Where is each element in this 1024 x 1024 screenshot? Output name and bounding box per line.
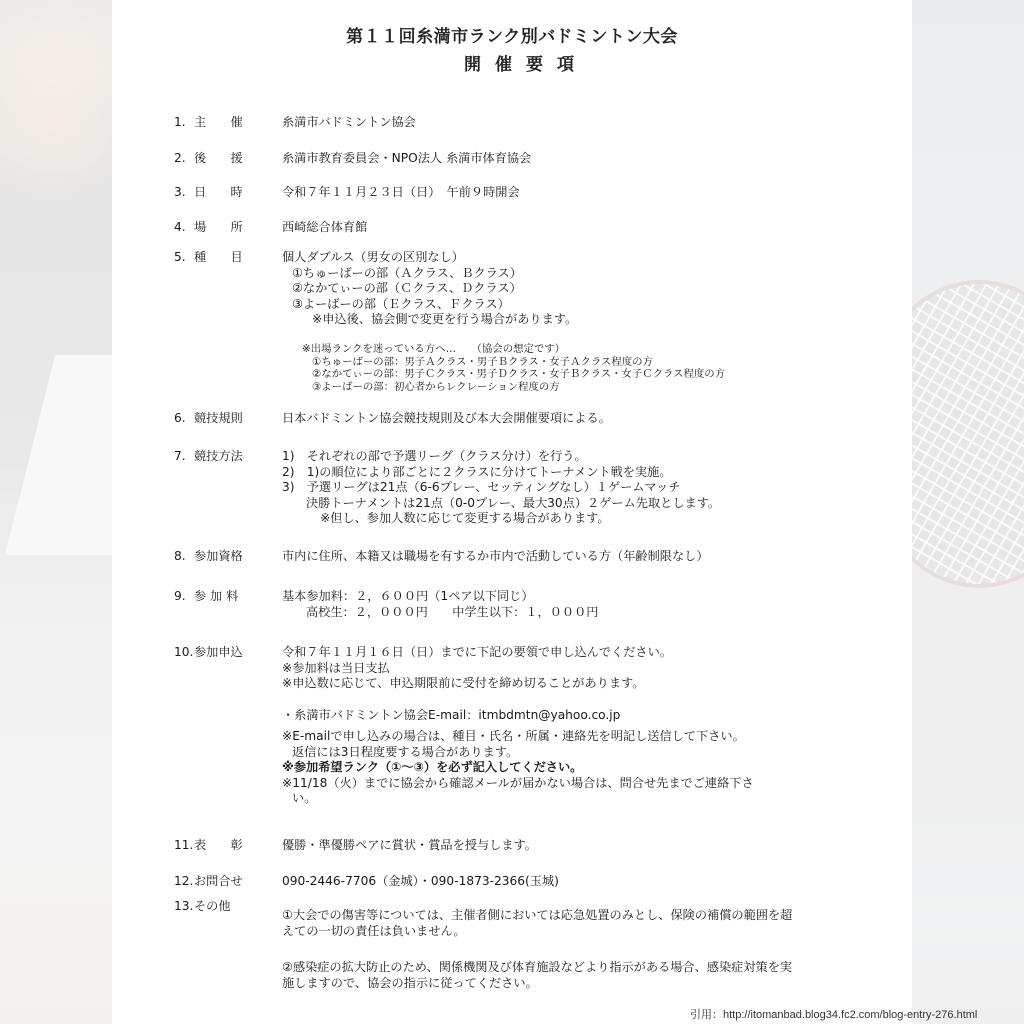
section-label: 種 目 [194, 250, 284, 266]
section-text: 1) それぞれの部で予選リーグ（クラス分け）を行う。 [282, 449, 720, 465]
section-text: 糸満市教育委員会・NPO法人 糸満市体育協会 [282, 151, 531, 167]
section-label: 後 援 [194, 151, 284, 167]
section-text: 優勝・準優勝ペアに賞状・賞品を授与します。 [282, 838, 537, 854]
section-label: 日 時 [194, 185, 284, 201]
section-text: 基本参加料：２，６００円（1ペア以下同じ） [282, 589, 599, 605]
section-text: 令和７年１１月２３日（日） 午前９時開会 [282, 185, 520, 201]
event-note: ※申込後、協会側で変更を行う場合があります。 [282, 312, 577, 328]
section-text: ②感染症の拡大防止のため、関係機関及び体育施設などより指示がある場合、感染症対策… [282, 960, 792, 976]
section-text: ※申込数に応じて、申込期限前に受付を締め切ることがあります。 [282, 676, 754, 692]
rank-guide-item: ②なかてぃーの部：男子Ｃクラス・男子Ｄクラス・女子Ｂクラス・女子Ｃクラス程度の方 [302, 368, 725, 381]
event-division-3: ③よーばーの部（Ｅクラス、Ｆクラス） [282, 297, 577, 313]
section-text: 決勝トーナメントは21点（0-0プレー、最大30点）２ゲーム先取とします。 [282, 496, 720, 512]
section-label: 競技規則 [194, 411, 284, 427]
section-text: 高校生：２，０００円 中学生以下：１，０００円 [282, 605, 599, 621]
section-text: 2) 1)の順位により部ごとに２クラスに分けてトーナメント戦を実施。 [282, 465, 720, 481]
event-division-2: ②なかてぃーの部（Ｃクラス、Ｄクラス） [282, 281, 577, 297]
section-label: その他 [194, 899, 284, 915]
rank-required-note: ※参加希望ランク（①～③）を必ず記入してください。 [282, 760, 754, 776]
section-text: 3) 予選リーグは21点（6-6プレー、セッティングなし）１ゲームマッチ [282, 480, 720, 496]
section-text: 令和７年１１月１６日（日）までに下記の要領で申し込んでください。 [282, 645, 754, 661]
section-text: 西崎総合体育館 [282, 220, 367, 236]
section-label: お問合せ [194, 874, 284, 890]
section-text: 返信には3日程度要する場合があります。 [282, 745, 754, 761]
section-label: 参 加 料 [194, 589, 284, 605]
section-text: ※参加料は当日支払 [282, 661, 754, 677]
section-label: 競技方法 [194, 449, 284, 465]
section-label: 表 彰 [194, 838, 284, 854]
rank-guide-heading: ※出場ランクを迷っている方へ… （協会の想定です） [302, 343, 725, 356]
citation-source: 引用：http://itomanbad.blog34.fc2.com/blog-… [690, 1006, 977, 1022]
background-left-photo [0, 0, 112, 1024]
section-text: 個人ダブルス（男女の区別なし） [282, 250, 577, 266]
section-label: 主 催 [194, 115, 284, 131]
section-text: い。 [282, 791, 754, 807]
event-division-1: ①ちゅーばーの部（Ａクラス、Ｂクラス） [282, 266, 577, 282]
section-label: 参加申込 [194, 645, 284, 661]
rank-guide-note: ※出場ランクを迷っている方へ… （協会の想定です） ①ちゅーばーの部：男子Ａクラ… [302, 343, 725, 393]
section-text: 日本バドミントン協会競技規則及び本大会開催要項による。 [282, 411, 611, 427]
section-text: ①大会での傷害等については、主催者側においては応急処置のみとし、保険の補償の範囲… [282, 908, 792, 924]
contact-phones: 090-2446-7706（金城）・090-1873-2366(玉城) [282, 874, 559, 890]
rank-guide-item: ①ちゅーばーの部：男子Ａクラス・男子Ｂクラス・女子Ａクラス程度の方 [302, 356, 725, 369]
document-page: 第１１回糸満市ランク別バドミントン大会 開催要項 1. 主 催 糸満市バドミント… [112, 0, 912, 1024]
section-text: ※E-mailで申し込みの場合は、種目・氏名・所属・連絡先を明記し送信して下さい… [282, 729, 754, 745]
document-title: 第１１回糸満市ランク別バドミントン大会 [112, 22, 912, 47]
section-text: ※11/18（火）までに協会から確認メールが届かない場合は、問合せ先までご連絡下… [282, 776, 754, 792]
section-text: 市内に住所、本籍又は職場を有するか市内で活動している方（年齢制限なし） [282, 549, 709, 565]
document-subtitle: 開催要項 [112, 50, 926, 75]
section-text: えての一切の責任は負いません。 [282, 924, 792, 940]
section-text: 糸満市バドミントン協会 [282, 115, 416, 131]
section-text: 施しますので、協会の指示に従ってください。 [282, 976, 792, 992]
rank-guide-item: ③よーばーの部：初心者からレクレーション程度の方 [302, 381, 725, 394]
section-text: ※但し、参加人数に応じて変更する場合があります。 [282, 511, 720, 527]
section-label: 場 所 [194, 220, 284, 236]
section-label: 参加資格 [194, 549, 284, 565]
contact-email: ・糸満市バドミントン協会E-mail：itmbdmtn@yahoo.co.jp [282, 708, 754, 724]
